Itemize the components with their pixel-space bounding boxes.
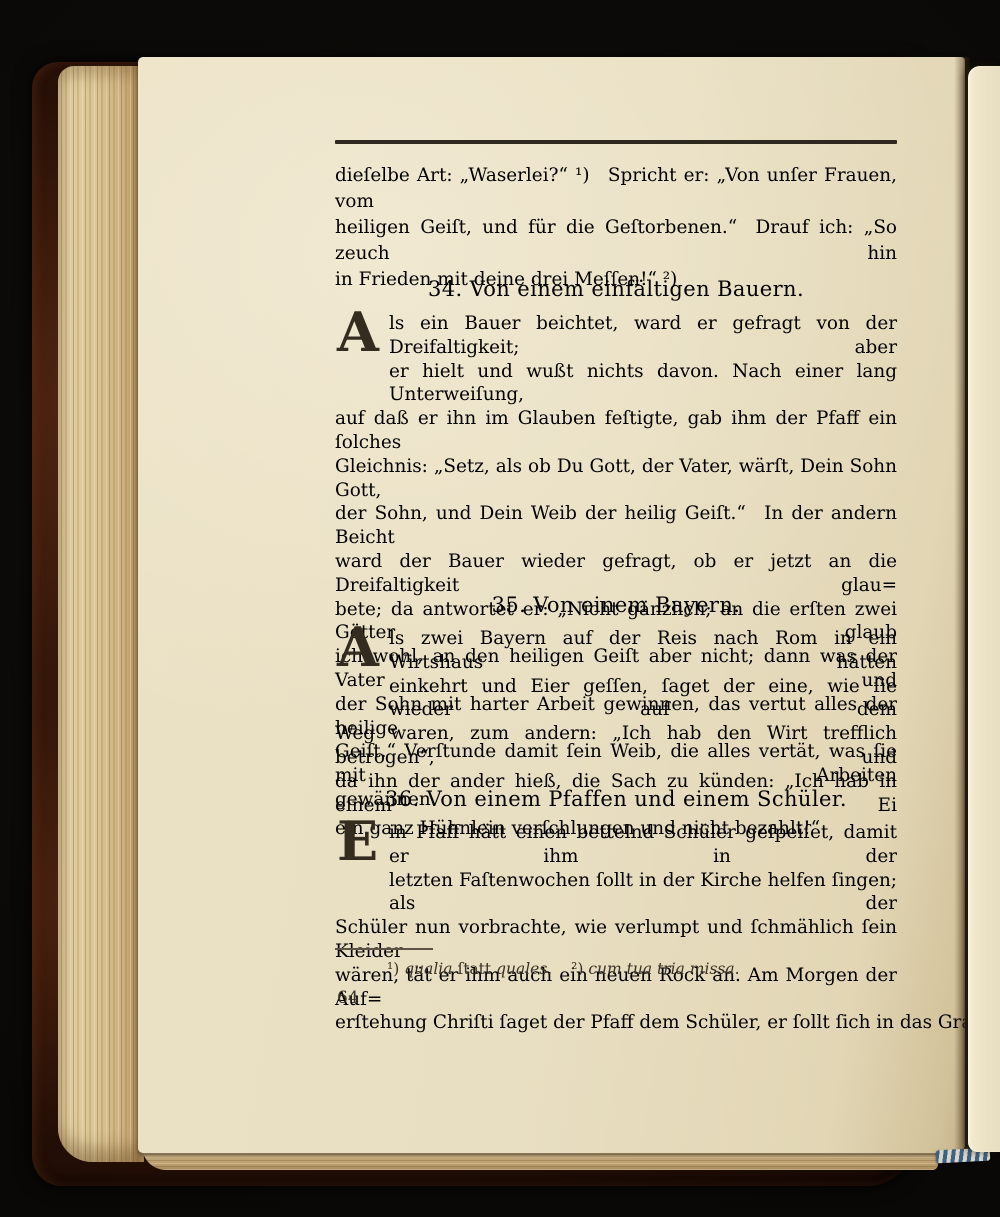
text-line: letzten Faſtenwochen ſollt in der Kirche… <box>335 869 897 917</box>
intro-paragraph: dieſelbe Art: „Waserlei?“ ¹) Spricht er:… <box>335 163 897 293</box>
text-line: er hielt und wußt nichts davon. Nach ein… <box>335 360 897 408</box>
footnote-rule <box>335 948 433 950</box>
text-line: Schüler nun vorbrachte, wie verlumpt und… <box>335 916 897 964</box>
page-fore-edge <box>58 66 144 1162</box>
text-line: dieſelbe Art: „Waserlei?“ ¹) Spricht er:… <box>335 163 897 215</box>
footnote-word: quales. <box>496 960 552 978</box>
story-heading-36: 36. Von einem Pfaffen und einem Schüler. <box>335 787 897 811</box>
text-line: Gleichnis: „Setz, als ob Du Gott, der Va… <box>335 455 897 503</box>
text-line: ls ein Bauer beichtet, ward er gefragt v… <box>335 312 897 360</box>
footnote-ref-1: ¹) <box>387 960 399 978</box>
page-number: 64 <box>337 988 359 1008</box>
footnote-ref-2: ²) <box>571 960 583 978</box>
text-line: ward der Bauer wieder gefragt, ob er jet… <box>335 550 897 598</box>
story-heading-35: 35. Von einem Bayern. <box>335 593 897 617</box>
text-line: einkehrt und Eier geſſen, ſaget der eine… <box>335 675 897 723</box>
book-page: dieſelbe Art: „Waserlei?“ ¹) Spricht er:… <box>138 57 965 1153</box>
text-line: erſtehung Chriſti ſaget der Pfaff dem Sc… <box>335 1011 897 1035</box>
text-line: ls zwei Bayern auf der Reis nach Rom in … <box>335 627 897 675</box>
story-heading-34: 34. Von einem einfältigen Bauern. <box>335 277 897 301</box>
text-line: in Pfaff hätt einen bettelnd Schüler geſ… <box>335 821 897 869</box>
facing-page-edge <box>968 66 1000 1152</box>
footnote-word: cum tua tria missa. <box>588 960 739 978</box>
footnote-word: qualia <box>404 960 452 978</box>
story-36-paragraph: in Pfaff hätt einen bettelnd Schüler geſ… <box>335 821 897 1035</box>
text-line: auf daß er ihn im Glauben feſtigte, gab … <box>335 407 897 455</box>
text-line: Weg waren, zum andern: „Ich hab den Wirt… <box>335 722 897 770</box>
text-line: heiligen Geiſt, und für die Geſtorbenen.… <box>335 215 897 267</box>
footnote-word: ſtatt <box>457 960 491 978</box>
text-line: der Sohn, und Dein Weib der heilig Geiſt… <box>335 502 897 550</box>
top-rule <box>335 140 897 144</box>
photo-background: { "page": { "number": "64", "intro": { "… <box>0 0 1000 1217</box>
footnote: ¹) qualia ſtatt quales. ²) cum tua tria … <box>387 960 740 978</box>
